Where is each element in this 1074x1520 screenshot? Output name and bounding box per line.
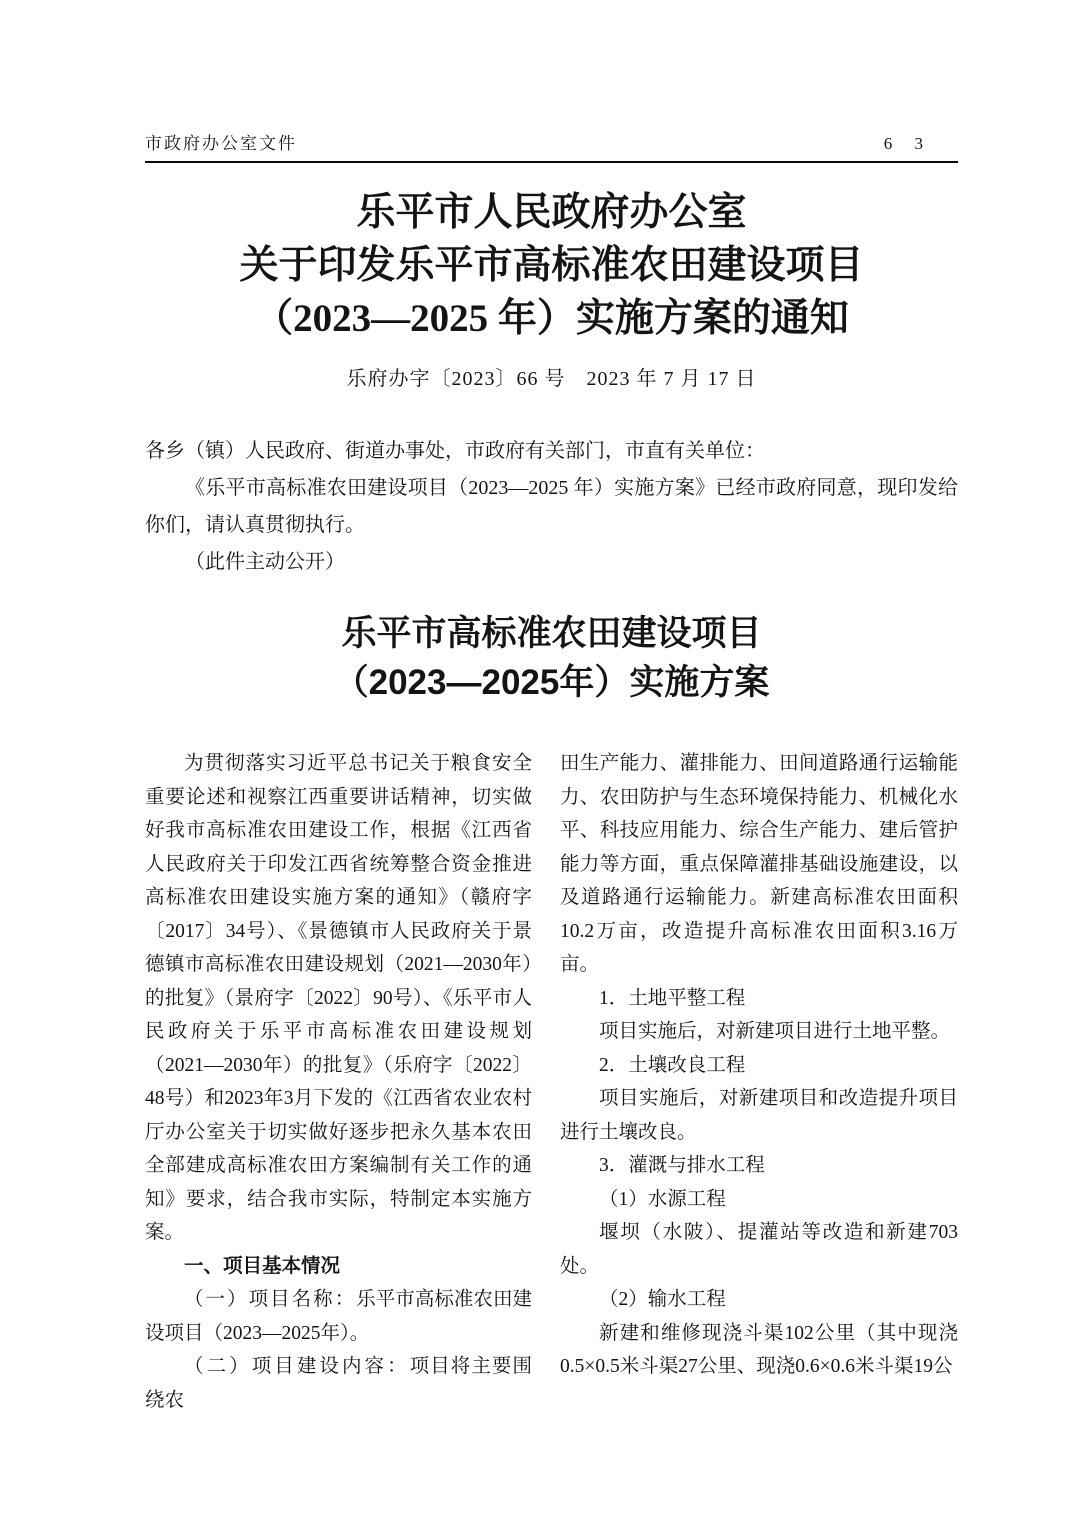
paragraph-preamble: 为贯彻落实习近平总书记关于粮食安全重要论述和视察江西重要讲话精神，切实做好我市高… [145, 747, 532, 1250]
paragraph-project-name: （一）项目名称：乐平市高标准农田建设项目（2023—2025年）。 [145, 1283, 532, 1350]
paragraph-soil-improvement: 项目实施后，对新建项目和改造提升项目进行土壤改良。 [560, 1082, 958, 1149]
paragraph-land-leveling: 项目实施后，对新建项目进行土地平整。 [560, 1015, 958, 1049]
plan-title-line-2: （2023—2025年）实施方案 [145, 658, 958, 707]
paragraph-water-source: 堰坝（水陂）、提灌站等改造和新建703处。 [560, 1216, 958, 1283]
doc-header: 市政府办公室文件 6 3 [145, 129, 958, 163]
intro-salutation: 各乡（镇）人民政府、街道办事处，市政府有关部门，市直有关单位： [145, 433, 958, 470]
intro-section: 各乡（镇）人民政府、街道办事处，市政府有关部门，市直有关单位： 《乐平市高标准农… [145, 433, 958, 581]
item-heading-water-source: （1）水源工程 [560, 1183, 958, 1217]
paragraph-project-name-label: （一）项目名称： [184, 1289, 356, 1310]
column-left: 为贯彻落实习近平总书记关于粮食安全重要论述和视察江西重要讲话精神，切实做好我市高… [145, 747, 532, 1417]
notice-title-line-3: （2023—2025 年）实施方案的通知 [145, 292, 958, 345]
notice-title-line-2: 关于印发乐平市高标准农田建设项目 [145, 239, 958, 292]
body-columns: 为贯彻落实习近平总书记关于粮食安全重要论述和视察江西重要讲话精神，切实做好我市高… [145, 747, 958, 1417]
section-heading-1: 一、项目基本情况 [145, 1250, 532, 1284]
notice-title: 乐平市人民政府办公室 关于印发乐平市高标准农田建设项目 （2023—2025 年… [145, 186, 958, 345]
column-right: 田生产能力、灌排能力、田间道路通行运输能力、农田防护与生态环境保持能力、机械化水… [560, 747, 958, 1417]
item-heading-irrigation-drainage: 3．灌溉与排水工程 [560, 1149, 958, 1183]
intro-body: 《乐平市高标准农田建设项目（2023—2025 年）实施方案》已经市政府同意，现… [145, 470, 958, 544]
doc-number-line: 乐府办字〔2023〕66 号 2023 年 7 月 17 日 [145, 362, 958, 391]
intro-note: （此件主动公开） [145, 544, 958, 581]
item-heading-water-conveyance: （2）输水工程 [560, 1283, 958, 1317]
paragraph-project-content-label: （二）项目建设内容： [184, 1356, 410, 1377]
item-heading-land-leveling: 1．土地平整工程 [560, 982, 958, 1016]
document-page: 市政府办公室文件 6 3 乐平市人民政府办公室 关于印发乐平市高标准农田建设项目… [0, 0, 1074, 1520]
notice-title-line-1: 乐平市人民政府办公室 [145, 186, 958, 239]
paragraph-project-content: （二）项目建设内容：项目将主要围绕农 [145, 1350, 532, 1417]
paragraph-water-conveyance: 新建和维修现浇斗渠102公里（其中现浇0.5×0.5米斗渠27公里、现浇0.6×… [560, 1317, 958, 1384]
paragraph-content-continued: 田生产能力、灌排能力、田间道路通行运输能力、农田防护与生态环境保持能力、机械化水… [560, 747, 958, 982]
plan-title-line-1: 乐平市高标准农田建设项目 [145, 609, 958, 658]
plan-title: 乐平市高标准农田建设项目 （2023—2025年）实施方案 [145, 609, 958, 707]
page-number: 6 3 [884, 134, 958, 154]
item-heading-soil-improvement: 2．土壤改良工程 [560, 1049, 958, 1083]
header-label: 市政府办公室文件 [145, 129, 297, 154]
